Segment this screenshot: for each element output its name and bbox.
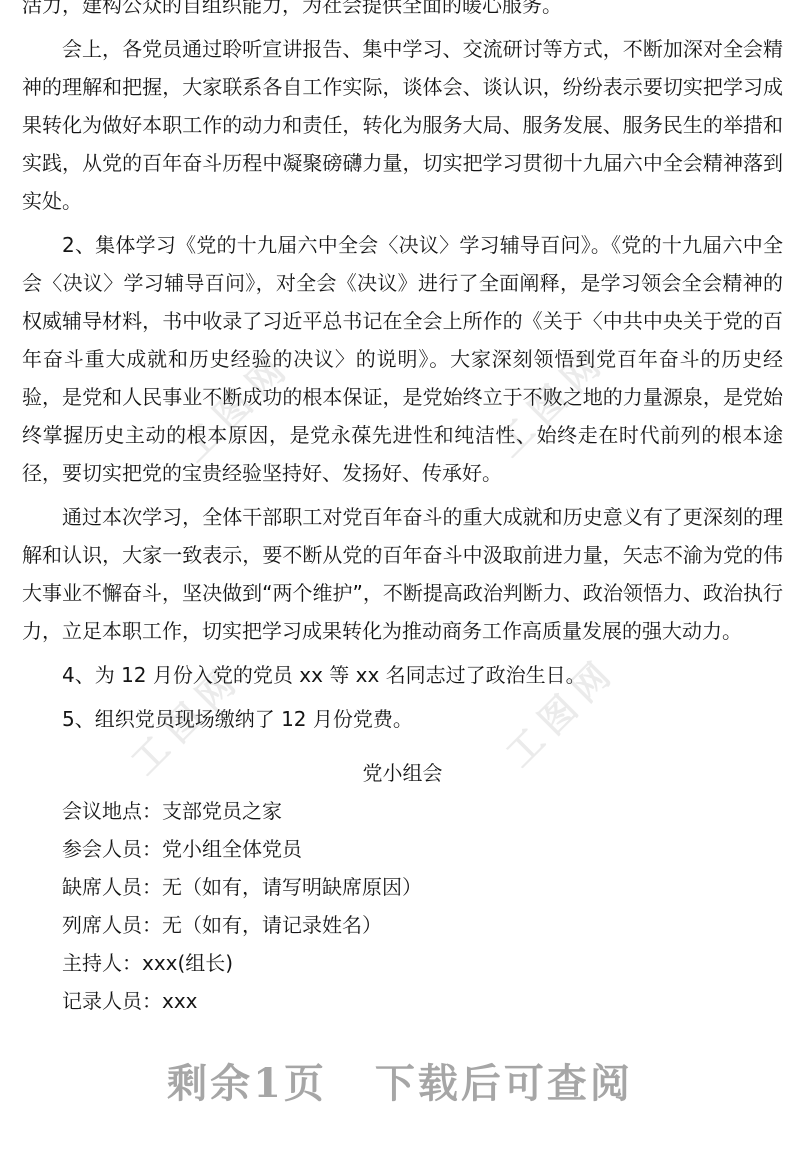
meeting-info-recorder: 记录人员：xxx xyxy=(22,982,783,1020)
paragraph-study-outcome: 通过本次学习，全体干部职工对党百年奋斗的重大成就和历史意义有了更深刻的理解和认识… xyxy=(22,498,783,650)
paragraph-item-4-political-birthday: 4、为 12 月份入党的党员 xx 等 xx 名同志过了政治生日。 xyxy=(22,656,783,694)
section-title-party-group-meeting: 党小组会 xyxy=(22,754,783,792)
meeting-info-absentees: 缺席人员：无（如有，请写明缺席原因） xyxy=(22,868,783,906)
meeting-info-attendees: 参会人员：党小组全体党员 xyxy=(22,830,783,868)
meeting-info-observers: 列席人员：无（如有，请记录姓名） xyxy=(22,906,783,944)
pages-remaining-banner: 剩余1页下载后可查阅 xyxy=(0,1052,800,1109)
document-body: 活力，建构公众的自组织能力，为社会提供全面的暖心服务。 会上，各党员通过聆听宣讲… xyxy=(22,0,783,1020)
meeting-info-location: 会议地点：支部党员之家 xyxy=(22,792,783,830)
paragraph-item-2-collective-study: 2、集体学习《党的十九届六中全会〈决议〉学习辅导百问》。《党的十九届六中全会〈决… xyxy=(22,226,783,492)
meeting-info-host: 主持人：xxx(组长) xyxy=(22,944,783,982)
pages-remaining-label: 剩余1页 xyxy=(167,1060,327,1107)
paragraph-item-5-party-dues: 5、组织党员现场缴纳了 12 月份党费。 xyxy=(22,700,783,738)
paragraph-meeting-summary: 会上，各党员通过聆听宣讲报告、集中学习、交流研讨等方式，不断加深对全会精神的理解… xyxy=(22,30,783,220)
document-page: 工图网 工图网 工图网 工图网 活力，建构公众的自组织能力，为社会提供全面的暖心… xyxy=(0,0,800,1162)
paragraph-continuation: 活力，建构公众的自组织能力，为社会提供全面的暖心服务。 xyxy=(22,0,783,24)
download-hint-label: 下载后可查阅 xyxy=(375,1060,633,1107)
